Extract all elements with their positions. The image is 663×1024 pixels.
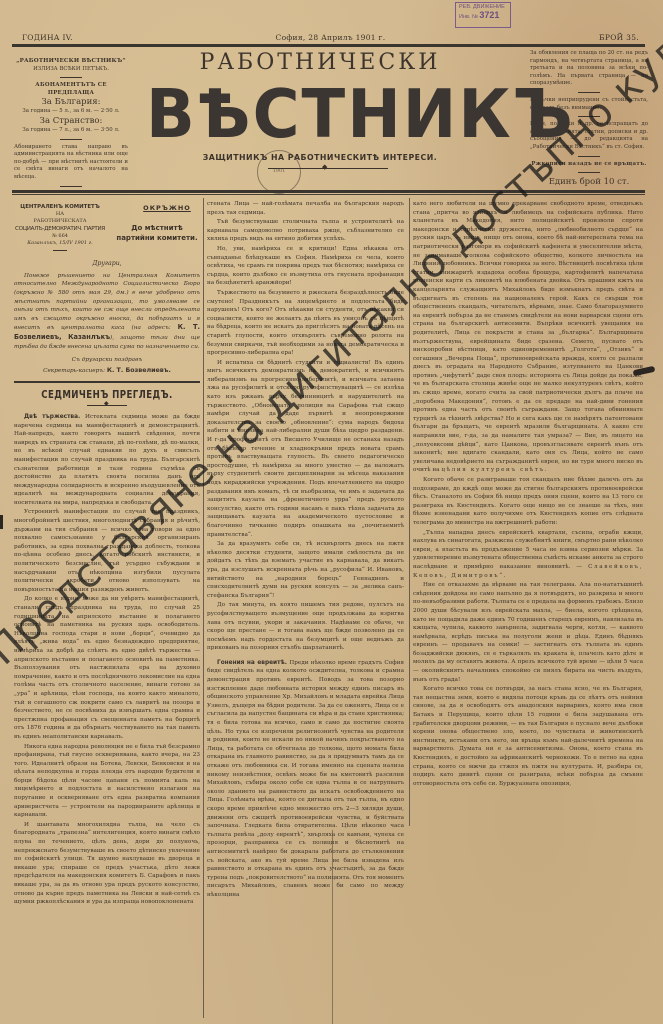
- column-2: стената Лица — най-голѣмата печалба на б…: [207, 200, 404, 901]
- article-paragraph: Ние се отказахме да вѣрваме на тая телег…: [413, 581, 643, 684]
- cc-title: ЦЕНТРАЛЕНЪ КОМИТЕТЪ: [14, 204, 106, 211]
- central-committee-header: ЦЕНТРАЛЕНЪ КОМИТЕТЪ НА РАБОТНИЧЕСКАТА СО…: [14, 204, 200, 254]
- dateline: София, 28 Априлъ 1901 г.: [18, 33, 643, 42]
- stamp-number: 3721: [479, 10, 499, 20]
- manuscripts-note: Ржкописи назадъ не се връщатъ.: [530, 161, 648, 169]
- article-paragraph: като него любители на шумно прекарване с…: [413, 200, 643, 475]
- divider: [578, 116, 600, 117]
- divider: [53, 250, 67, 251]
- column-1: ЦЕНТРАЛЕНЪ КОМИТЕТЪ НА РАБОТНИЧЕСКАТА СО…: [14, 200, 200, 908]
- article-paragraph: Тържеството на безумието и ржеската безр…: [207, 289, 404, 358]
- article-paragraph: Когато всичко това се потвърди, за насъ …: [413, 685, 643, 788]
- article-paragraph: До колко е вѣрно, може да ни увѣрятъ ман…: [14, 595, 200, 741]
- article-paragraph: До тая минута, въ която пишемъ тия редов…: [207, 601, 404, 653]
- masthead-subtitle: ЗАЩИТНИКЪ НА РАБОТНИЧЕСКИТѢ ИНТЕРЕСИ.: [190, 153, 450, 162]
- archive-stamp: РЕВ. ДВИЖЕНИЕ Инв. № 3721: [455, 2, 511, 28]
- single-copy-price: Единъ брой 10 ст.: [530, 177, 648, 188]
- article-paragraph: Когато обаче се разиграваше тоя скандалъ…: [413, 476, 643, 528]
- bulgaria-label: За България:: [14, 97, 128, 108]
- cc-place-date: Казанлъкъ, 15/IV 1901 г.: [14, 240, 106, 247]
- signature: Секретарь-касиеръ: К. Т. Бозвелиевъ.: [14, 367, 200, 376]
- paper-name: „РАБОТНИЧЕСКИ ВѢСТНИКЪ“: [14, 58, 128, 66]
- divider: [60, 186, 82, 187]
- weekly-review-heading: СЕДМИЧЕНЪ ПРЕГЛЕДЪ.: [31, 391, 184, 400]
- article-paragraph: Никога една народна революция не е била …: [14, 743, 200, 820]
- divider: [60, 77, 82, 78]
- article-paragraph: И шантавата многохилядна тълпа, на чело …: [14, 821, 200, 907]
- frequency: ИЗЛИЗА ВСѢКИ ПЕТЪКЪ.: [14, 66, 128, 74]
- column-3: като него любители на шумно прекарване с…: [413, 200, 643, 789]
- greeting: Съ другарски поздравъ: [14, 356, 200, 365]
- article-paragraph: И испатиха си бѣднитѣ студенти и социали…: [207, 359, 404, 539]
- article-paragraph: За да вразумятъ себе си, тѣ исхвърлятъ д…: [207, 540, 404, 600]
- article-paragraph: Тъй безумствуваше столичната тълпа и уст…: [207, 218, 404, 244]
- issue-number: БРОЙ 35.: [599, 33, 639, 42]
- section-rule: [14, 381, 200, 383]
- article-paragraph: Гонения на евреитѣ. Преди нѣколко време …: [207, 659, 404, 900]
- subscription-box: „РАБОТНИЧЕСКИ ВѢСТНИКЪ“ ИЗЛИЗА ВСѢКИ ПЕТ…: [14, 58, 128, 191]
- divider: [578, 92, 600, 93]
- circular-addressee: До мѣстнитѣ партийни комитети.: [114, 223, 200, 243]
- paper-tear: [0, 515, 3, 529]
- circular-label: ОКРЪЖНО: [134, 204, 200, 213]
- divider: [578, 156, 600, 157]
- cc-na: НА: [14, 211, 106, 218]
- column-rule: [409, 198, 410, 826]
- article-paragraph: Двѣ тържества. Истеклата седмица може да…: [14, 413, 200, 508]
- header-rule: [12, 44, 645, 47]
- cc-party: РАБОТНИЧЕСКАТА: [14, 218, 106, 225]
- column-rule: [203, 198, 204, 1018]
- newspaper-page: РЕВ. ДВИЖЕНИЕ Инв. № 3721 ГОДИНА IV. Соф…: [0, 0, 663, 1024]
- bulgaria-price: За година — 5 л., за 6 м. — 2·50 л.: [14, 108, 128, 116]
- article-paragraph: Но, уви, намѣриха се и критици! Една нѣк…: [207, 245, 404, 288]
- article-paragraph: стената Лица — най-голѣмата печалба на б…: [207, 200, 404, 217]
- subscription-title: АБОНАМЕНТЪТЪ СЕ ПРЕДПЛАЩА: [14, 82, 128, 97]
- ornament-divider: [87, 405, 127, 406]
- masthead-top: РАБОТНИЧЕСКИ: [190, 50, 450, 75]
- divider: [60, 139, 82, 140]
- divider: [578, 172, 600, 173]
- telegram-quote: „Тълпа нападна днесъ еврейскитѣ квартали…: [413, 529, 643, 581]
- abroad-price: За година — 7 л., за 6 м. — 3·50 л.: [14, 127, 128, 135]
- paper-fold: [332, 830, 333, 1024]
- abroad-label: За Странство:: [14, 116, 128, 127]
- masthead-rule-thin: [12, 194, 645, 195]
- salutation: Другари,: [14, 260, 200, 269]
- masthead-title: ВѢСТНИКЪ: [146, 76, 518, 154]
- postmark-stamp: 1901: [257, 150, 301, 194]
- masthead-rule: [12, 190, 645, 193]
- stamp-line2: Инв. №: [459, 14, 478, 20]
- subscription-note: Абонирането става направо въ администрац…: [14, 144, 128, 182]
- circular-letter: Понеже рѣшението на Централния Комитетъ …: [14, 272, 200, 351]
- article-paragraph: Устроенитѣ манифестации по случай тоя пр…: [14, 508, 200, 594]
- cc-number: № 664: [14, 233, 106, 240]
- cc-party-name: СОЦИАЛЪ-ДЕМОКРАТИЧ. ПАРТИЯ: [14, 226, 106, 233]
